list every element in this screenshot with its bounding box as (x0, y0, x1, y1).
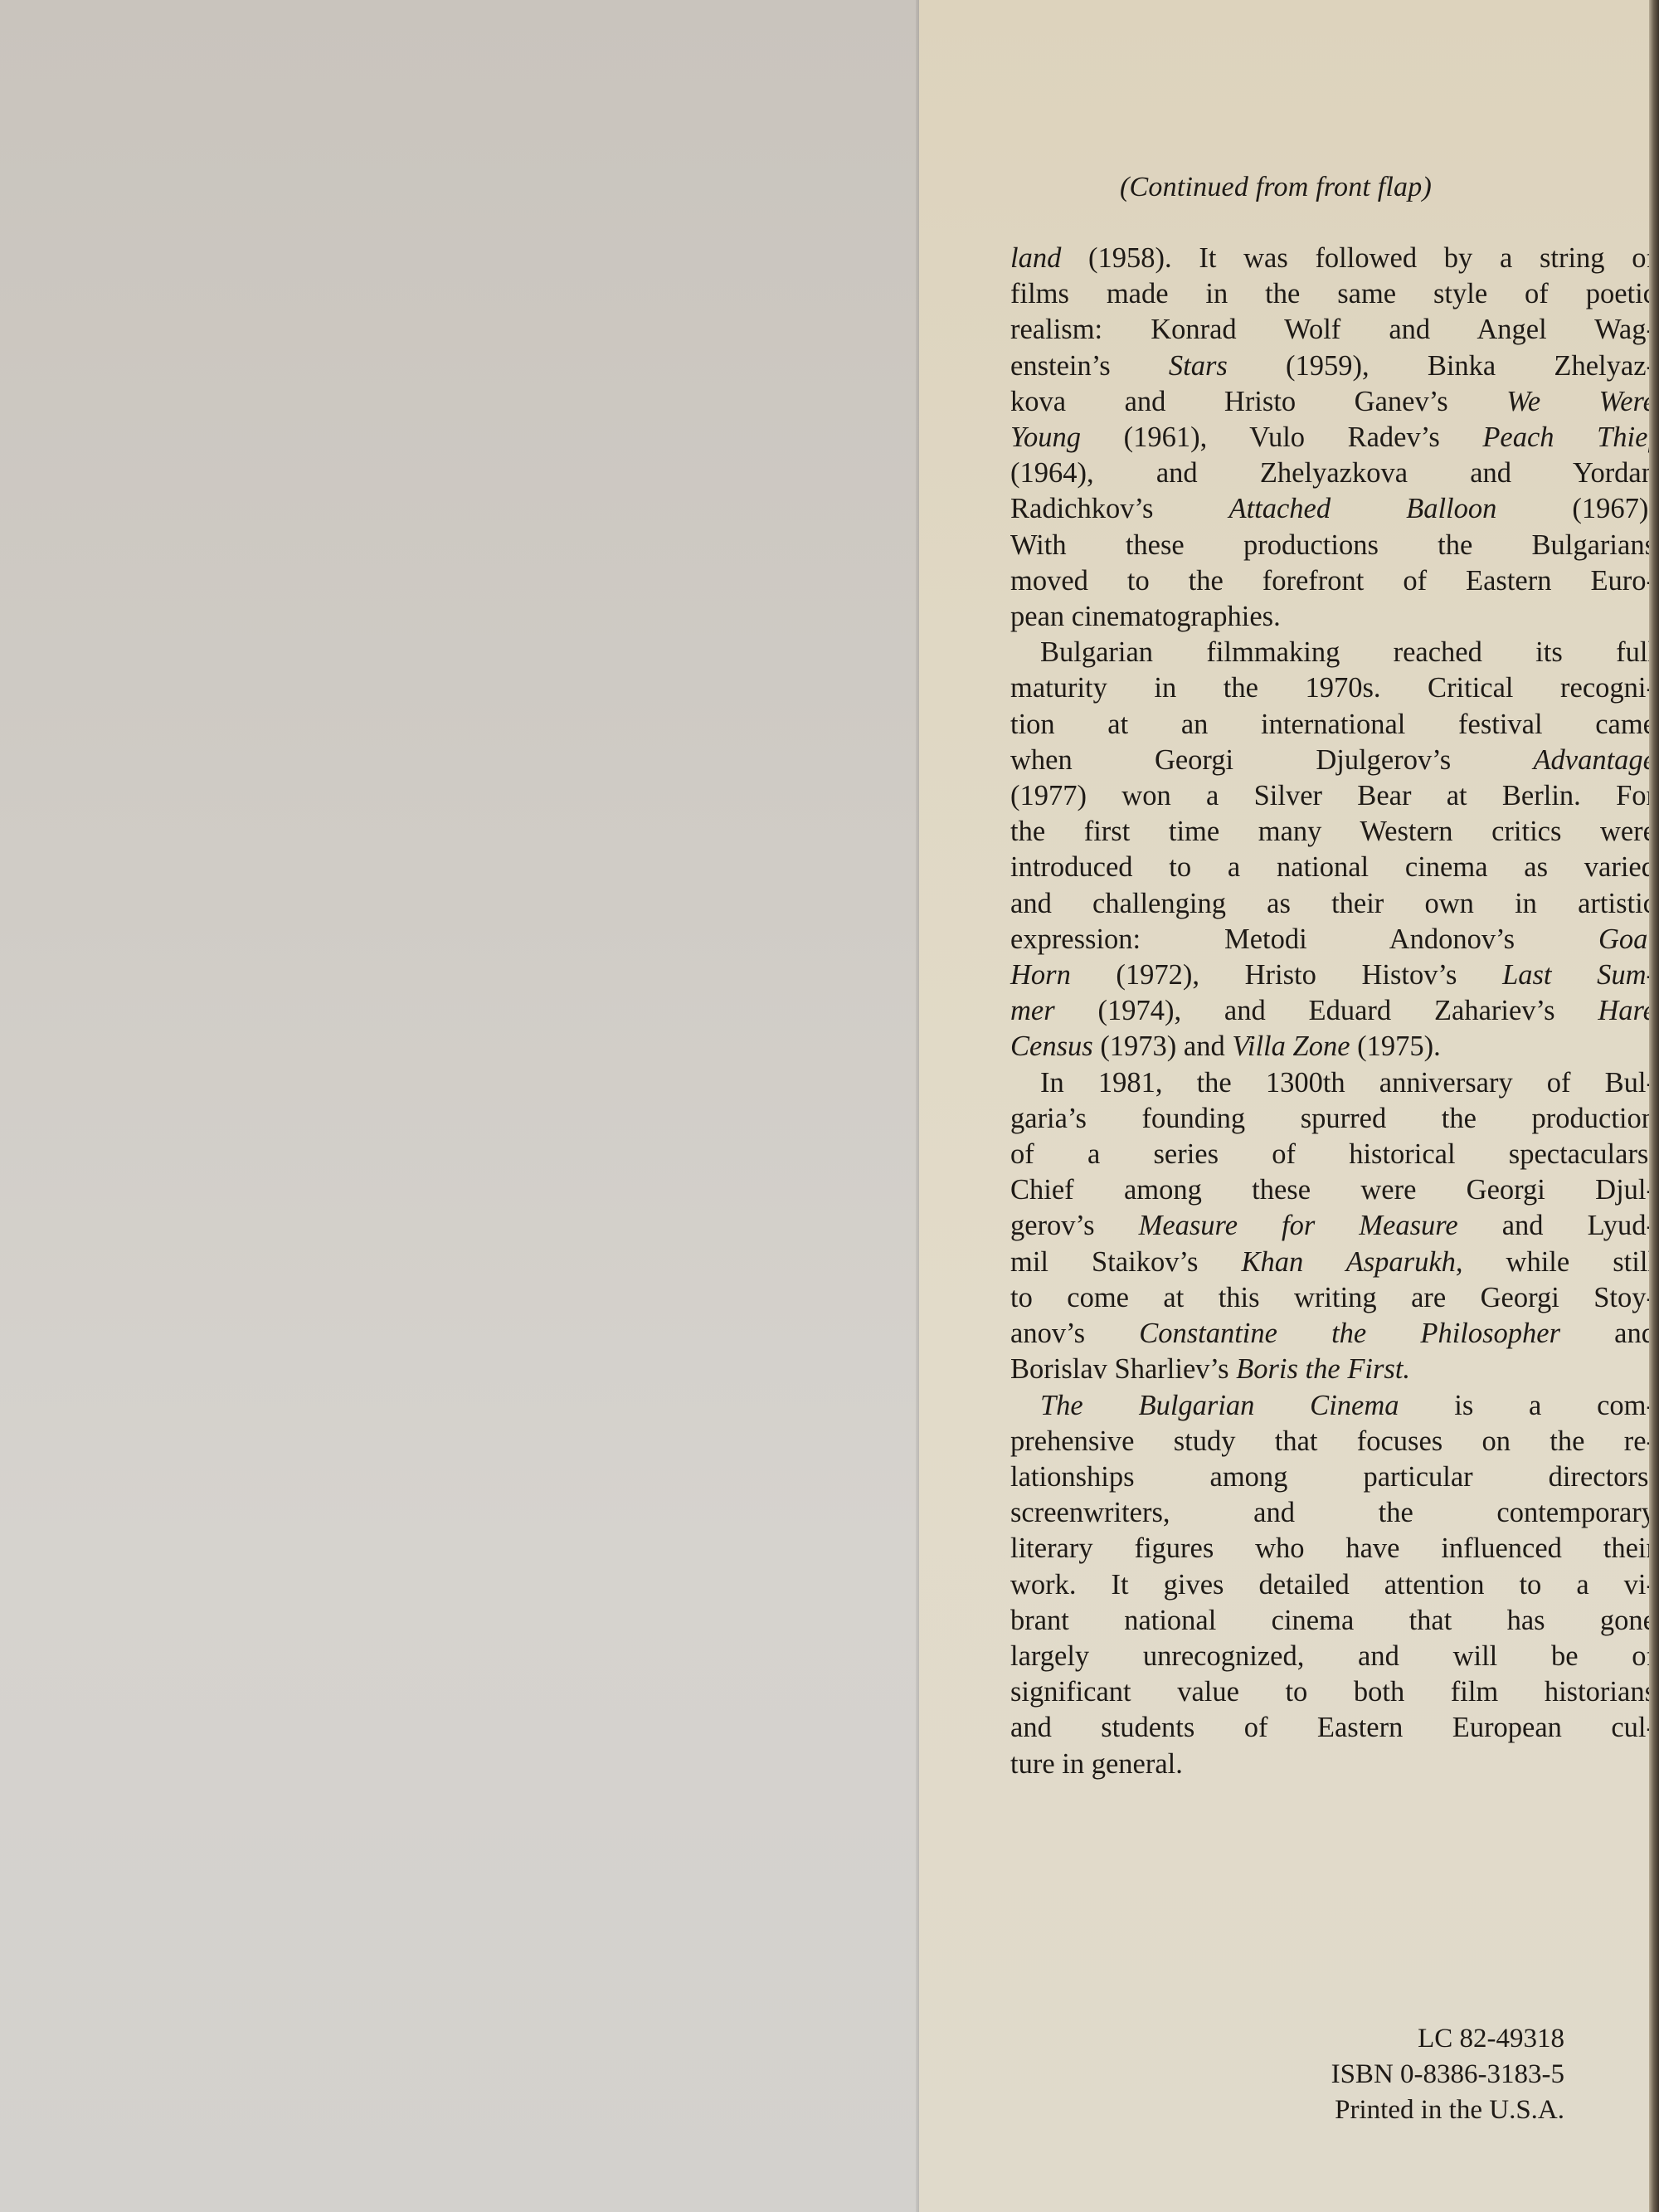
film-title: land (1010, 242, 1061, 274)
blank-endpaper (0, 0, 919, 2212)
text-line: mil Staikov’s Khan Asparukh, while still (1010, 1245, 1656, 1280)
text-line: literary figures who have influenced the… (1010, 1531, 1656, 1566)
text-line: and students of Eastern European cul- (1010, 1710, 1656, 1746)
text-line: the first time many Western critics were (1010, 814, 1656, 850)
isbn: ISBN 0-8386-3183-5 (1331, 2057, 1564, 2093)
paragraph: land (1958). It was followed by a string… (1010, 241, 1656, 635)
flap-body-text: land (1958). It was followed by a string… (1010, 241, 1656, 1782)
text-line: work. It gives detailed attention to a v… (1010, 1567, 1656, 1603)
text-line: enstein’s Stars (1959), Binka Zhelyaz- (1010, 348, 1656, 384)
text-line: Young (1961), Vulo Radev’s Peach Thief (1010, 420, 1656, 456)
text-line: and challenging as their own in artistic (1010, 886, 1656, 922)
paragraph: In 1981, the 1300th anniversary of Bul-g… (1010, 1065, 1656, 1388)
text-line: Chief among these were Georgi Djul- (1010, 1172, 1656, 1208)
text-line: In 1981, the 1300th anniversary of Bul- (1010, 1065, 1656, 1101)
text-line: realism: Konrad Wolf and Angel Wag- (1010, 312, 1656, 348)
back-flap: (Continued from front flap) land (1958).… (919, 0, 1649, 2212)
lc-number: LC 82-49318 (1331, 2021, 1564, 2057)
printed-in: Printed in the U.S.A. (1331, 2093, 1564, 2128)
film-title: Peach Thief (1482, 421, 1656, 453)
text-line: lationships among particular directors, (1010, 1459, 1656, 1495)
text-line: kova and Hristo Ganev’s We Were (1010, 384, 1656, 420)
film-title: Villa Zone (1232, 1030, 1350, 1062)
colophon: LC 82-49318 ISBN 0-8386-3183-5 Printed i… (1331, 2021, 1564, 2128)
text-line: screenwriters, and the contemporary (1010, 1495, 1656, 1531)
film-title: Young (1010, 421, 1081, 453)
text-line: when Georgi Djulgerov’s Advantage (1010, 743, 1656, 778)
film-title: Constantine the Philosopher (1139, 1318, 1560, 1349)
text-line: to come at this writing are Georgi Stoy- (1010, 1280, 1656, 1316)
text-line: gerov’s Measure for Measure and Lyud- (1010, 1208, 1656, 1244)
text-line: Bulgarian filmmaking reached its full (1010, 635, 1656, 670)
text-line: garia’s founding spurred the production (1010, 1101, 1656, 1137)
text-line: anov’s Constantine the Philosopher and (1010, 1316, 1656, 1352)
continued-note: (Continued from front flap) (1093, 172, 1458, 203)
film-title: Boris the First. (1236, 1353, 1410, 1385)
text-line: pean cinematographies. (1010, 599, 1656, 635)
film-title: Stars (1169, 350, 1228, 382)
text-line: Borislav Sharliev’s Boris the First. (1010, 1352, 1656, 1387)
text-line: moved to the forefront of Eastern Euro- (1010, 563, 1656, 599)
paragraph: The Bulgarian Cinema is a com-prehensive… (1010, 1388, 1656, 1782)
film-title: We Were (1506, 386, 1656, 417)
text-line: maturity in the 1970s. Critical recogni- (1010, 670, 1656, 706)
text-line: mer (1974), and Eduard Zahariev’s Hare (1010, 993, 1656, 1029)
film-title: Horn (1010, 959, 1071, 991)
text-line: tion at an international festival came (1010, 707, 1656, 743)
text-line: largely unrecognized, and will be of (1010, 1639, 1656, 1674)
text-line: land (1958). It was followed by a string… (1010, 241, 1656, 276)
text-line: ture in general. (1010, 1747, 1656, 1782)
film-title: Hare (1598, 995, 1656, 1026)
text-line: prehensive study that focuses on the re- (1010, 1424, 1656, 1459)
film-title: The Bulgarian Cinema (1040, 1390, 1399, 1421)
text-line: Horn (1972), Hristo Histov’s Last Sum- (1010, 957, 1656, 993)
text-line: (1964), and Zhelyazkova and Yordan (1010, 456, 1656, 491)
film-title: mer (1010, 995, 1055, 1026)
text-line: The Bulgarian Cinema is a com- (1010, 1388, 1656, 1424)
film-title: Khan Asparukh, (1242, 1246, 1463, 1278)
paragraph: Bulgarian filmmaking reached its fullmat… (1010, 635, 1656, 1065)
film-title: Goat (1598, 923, 1656, 955)
text-line: films made in the same style of poetic (1010, 276, 1656, 312)
film-title: Advantage (1533, 744, 1656, 776)
film-title: Attached Balloon (1229, 493, 1497, 524)
book-edge (1649, 0, 1659, 2212)
text-line: With these productions the Bulgarians (1010, 528, 1656, 563)
text-line: (1977) won a Silver Bear at Berlin. For (1010, 778, 1656, 814)
text-line: brant national cinema that has gone (1010, 1603, 1656, 1639)
film-title: Census (1010, 1030, 1093, 1062)
text-line: Census (1973) and Villa Zone (1975). (1010, 1029, 1656, 1065)
text-line: introduced to a national cinema as varie… (1010, 850, 1656, 885)
text-line: Radichkov’s Attached Balloon (1967). (1010, 491, 1656, 527)
film-title: Measure for Measure (1139, 1210, 1458, 1241)
film-title: Last Sum- (1502, 959, 1656, 991)
text-line: significant value to both film historian… (1010, 1674, 1656, 1710)
text-line: expression: Metodi Andonov’s Goat (1010, 922, 1656, 957)
text-line: of a series of historical spectaculars. (1010, 1137, 1656, 1172)
